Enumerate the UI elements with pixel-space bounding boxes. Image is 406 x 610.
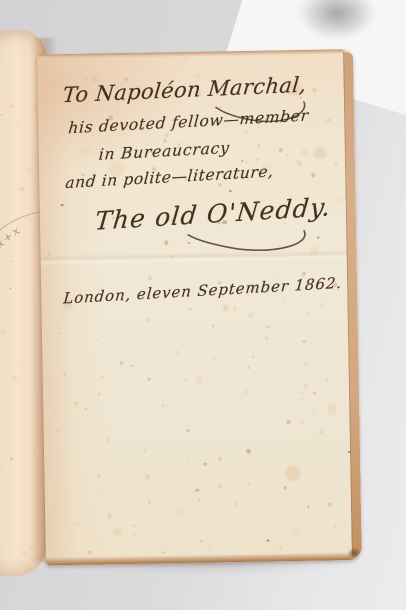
inscription-date-line: London, eleven September 1862. [63,274,343,308]
inscription-signature: The old O'Neddy. [94,192,333,236]
right-page: To Napoléon Marchal, his devoted fellow—… [37,49,362,565]
inscription-line-literature: and in polite—literature, [65,162,275,192]
book-photo: x+x To Napoléon Marchal, his devoted fel… [0,0,406,610]
backdrop-shadow [298,0,376,40]
inscription-line-fellow-member: his devoted fellow—member [68,107,310,138]
inscription-line-bureaucracy: in Bureaucracy [98,139,230,164]
signature-flourish-icon [180,229,310,257]
handwritten-inscription: To Napoléon Marchal, his devoted fellow—… [37,49,362,565]
inscription-line-dedication: To Napoléon Marchal, [62,73,308,108]
